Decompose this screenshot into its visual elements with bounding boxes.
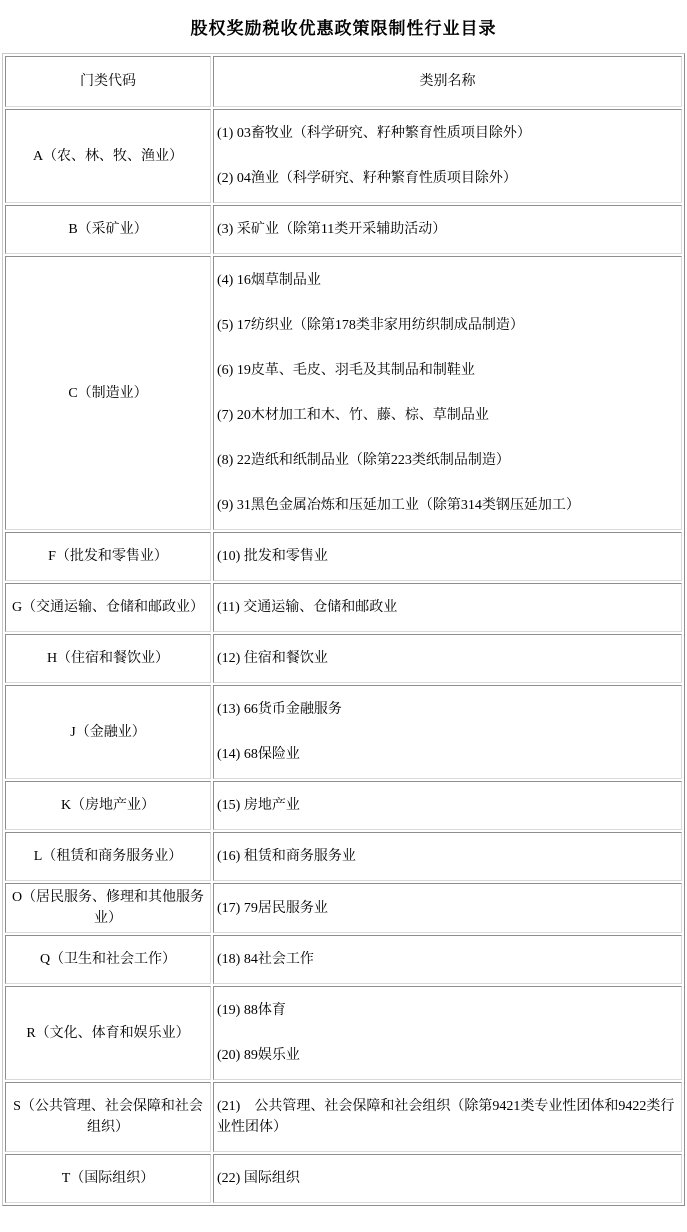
code-cell: F（批发和零售业） xyxy=(5,532,211,581)
items-cell: (13) 66货币金融服务 (14) 68保险业 xyxy=(213,685,682,779)
code-cell: S（公共管理、社会保障和社会组织） xyxy=(5,1082,211,1152)
code-cell: T（国际组织） xyxy=(5,1154,211,1203)
code-cell: G（交通运输、仓储和邮政业） xyxy=(5,583,211,632)
item-text: (4) 16烟草制品业 xyxy=(217,258,677,303)
item-text: (14) 68保险业 xyxy=(217,732,677,777)
table-row-o: O（居民服务、修理和其他服务业） (17) 79居民服务业 xyxy=(5,883,682,933)
code-cell: J（金融业） xyxy=(5,685,211,779)
item-text: (15) 房地产业 xyxy=(217,783,677,828)
items-cell: (3) 采矿业（除第11类开采辅助活动） xyxy=(213,205,682,254)
item-text: (22) 国际组织 xyxy=(217,1156,677,1201)
item-text: (20) 89娱乐业 xyxy=(217,1033,677,1078)
items-cell: (16) 租赁和商务服务业 xyxy=(213,832,682,881)
table-row-b: B（采矿业） (3) 采矿业（除第11类开采辅助活动） xyxy=(5,205,682,254)
table-row-f: F（批发和零售业） (10) 批发和零售业 xyxy=(5,532,682,581)
item-text: (6) 19皮革、毛皮、羽毛及其制品和制鞋业 xyxy=(217,348,677,393)
header-cell-code: 门类代码 xyxy=(5,56,211,107)
items-cell: (4) 16烟草制品业 (5) 17纺织业（除第178类非家用纺织制成品制造） … xyxy=(213,256,682,530)
table-row-a: A（农、林、牧、渔业） (1) 03畜牧业（科学研究、籽种繁育性质项目除外） (… xyxy=(5,109,682,203)
item-text: (3) 采矿业（除第11类开采辅助活动） xyxy=(217,207,677,252)
item-text: (13) 66货币金融服务 xyxy=(217,687,677,732)
item-text: (7) 20木材加工和木、竹、藤、棕、草制品业 xyxy=(217,393,677,438)
item-text: (2) 04渔业（科学研究、籽种繁育性质项目除外） xyxy=(217,156,677,201)
table-row-g: G（交通运输、仓储和邮政业） (11) 交通运输、仓储和邮政业 xyxy=(5,583,682,632)
industry-catalog-table: 门类代码 类别名称 A（农、林、牧、渔业） (1) 03畜牧业（科学研究、籽种繁… xyxy=(2,53,685,1206)
item-text: (12) 住宿和餐饮业 xyxy=(217,636,677,681)
header-cell-name: 类别名称 xyxy=(213,56,682,107)
code-cell: H（住宿和餐饮业） xyxy=(5,634,211,683)
code-cell: R（文化、体育和娱乐业） xyxy=(5,986,211,1080)
code-cell: K（房地产业） xyxy=(5,781,211,830)
code-cell: A（农、林、牧、渔业） xyxy=(5,109,211,203)
code-cell: Q（卫生和社会工作） xyxy=(5,935,211,984)
item-text: (10) 批发和零售业 xyxy=(217,534,677,579)
header-row: 门类代码 类别名称 xyxy=(5,56,682,107)
items-cell: (21) 公共管理、社会保障和社会组织（除第9421类专业性团体和9422类行业… xyxy=(213,1082,682,1152)
items-cell: (15) 房地产业 xyxy=(213,781,682,830)
items-cell: (19) 88体育 (20) 89娱乐业 xyxy=(213,986,682,1080)
table-row-r: R（文化、体育和娱乐业） (19) 88体育 (20) 89娱乐业 xyxy=(5,986,682,1080)
item-text: (11) 交通运输、仓储和邮政业 xyxy=(217,585,677,630)
table-row-l: L（租赁和商务服务业） (16) 租赁和商务服务业 xyxy=(5,832,682,881)
document-page: 股权奖励税收优惠政策限制性行业目录 门类代码 类别名称 A（农、林、牧、渔业） … xyxy=(0,0,687,1208)
item-text: (8) 22造纸和纸制品业（除第223类纸制品制造） xyxy=(217,438,677,483)
code-cell: L（租赁和商务服务业） xyxy=(5,832,211,881)
item-text: (19) 88体育 xyxy=(217,988,677,1033)
item-text: (1) 03畜牧业（科学研究、籽种繁育性质项目除外） xyxy=(217,111,677,156)
item-text: (18) 84社会工作 xyxy=(217,937,677,982)
code-cell: O（居民服务、修理和其他服务业） xyxy=(5,883,211,933)
table-row-q: Q（卫生和社会工作） (18) 84社会工作 xyxy=(5,935,682,984)
items-cell: (10) 批发和零售业 xyxy=(213,532,682,581)
items-cell: (1) 03畜牧业（科学研究、籽种繁育性质项目除外） (2) 04渔业（科学研究… xyxy=(213,109,682,203)
code-cell: C（制造业） xyxy=(5,256,211,530)
items-cell: (17) 79居民服务业 xyxy=(213,883,682,933)
items-cell: (11) 交通运输、仓储和邮政业 xyxy=(213,583,682,632)
item-text: (21) 公共管理、社会保障和社会组织（除第9421类专业性团体和9422类行业… xyxy=(217,1084,677,1150)
item-text: (5) 17纺织业（除第178类非家用纺织制成品制造） xyxy=(217,303,677,348)
table-row-t: T（国际组织） (22) 国际组织 xyxy=(5,1154,682,1203)
table-row-h: H（住宿和餐饮业） (12) 住宿和餐饮业 xyxy=(5,634,682,683)
table-row-c: C（制造业） (4) 16烟草制品业 (5) 17纺织业（除第178类非家用纺织… xyxy=(5,256,682,530)
item-text: (16) 租赁和商务服务业 xyxy=(217,834,677,879)
items-cell: (12) 住宿和餐饮业 xyxy=(213,634,682,683)
item-text: (17) 79居民服务业 xyxy=(217,886,677,931)
items-cell: (18) 84社会工作 xyxy=(213,935,682,984)
table-row-s: S（公共管理、社会保障和社会组织） (21) 公共管理、社会保障和社会组织（除第… xyxy=(5,1082,682,1152)
items-cell: (22) 国际组织 xyxy=(213,1154,682,1203)
table-row-k: K（房地产业） (15) 房地产业 xyxy=(5,781,682,830)
item-text: (9) 31黑色金属冶炼和压延加工业（除第314类钢压延加工） xyxy=(217,483,677,528)
table-row-j: J（金融业） (13) 66货币金融服务 (14) 68保险业 xyxy=(5,685,682,779)
page-title: 股权奖励税收优惠政策限制性行业目录 xyxy=(2,14,685,39)
code-cell: B（采矿业） xyxy=(5,205,211,254)
